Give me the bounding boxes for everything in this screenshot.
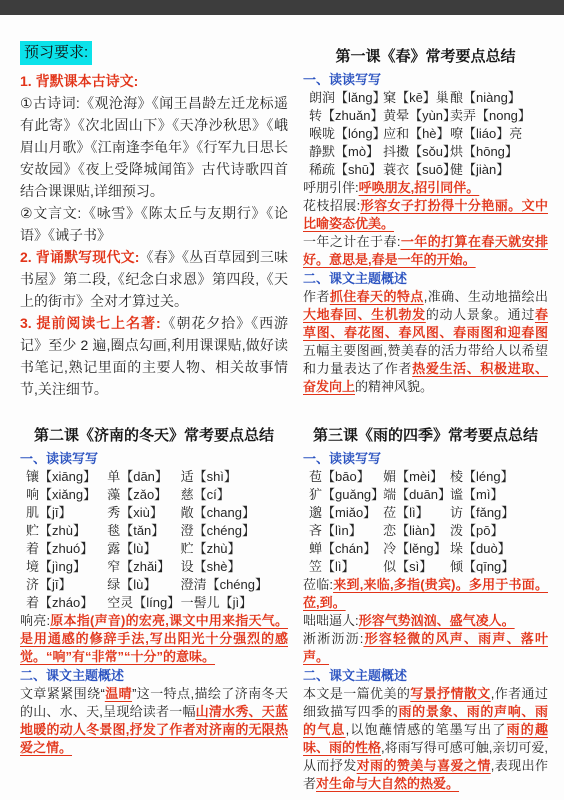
lesson1-title: 第一课《春》常考要点总结 [303,47,548,67]
summary-segment: 抓住春天的特点 [330,289,424,304]
lesson1-word-grid: 朗润【lǎng】 窠【kē】巢 酿【niàng】 转【zhuǎn】 黄晕【yùn… [303,89,548,179]
summary-segment: ,以饱蘸情感的笔墨写出了 [346,722,507,737]
word-item: 肌【jī】 [26,504,107,522]
summary-segment: 写景抒情散文 [410,686,490,701]
lesson2-section: 第二课《济南的冬天》常考要点总结 一、读读写写 镶【xiāng】 单【dān】 … [20,426,288,757]
word-item: 毯【tǎn】 [107,522,180,540]
lesson3-summary: 本文是一篇优美的写景抒情散文,作者通过细致描写四季的雨的景象、雨的声响、雨的气息… [303,685,548,793]
definition-body: 呼唤朋友,招引同伴。 [359,180,480,195]
summary-segment: ,准确、生动地描绘出 [424,289,548,304]
word-item: 蝉【chán】 [309,540,383,558]
preview-item2-lead-text: 2. 背诵默写现代文: [20,249,139,265]
word-item: 慈【cí】 [181,486,288,504]
preview-item3: 3. 提前阅读七上名著:《朝花夕拾》《西游记》至少 2 遍,圈点勾画,利用课课贴… [20,312,288,400]
word-item: 蓑衣【suō】 [383,161,450,179]
definition-term: 响亮: [20,613,50,628]
word-item: 吝【lìn】 [309,522,383,540]
word-item: 境【jìng】 [26,558,107,576]
definition-term: 一年之计在于春: [303,234,400,249]
word-item: 谧【mì】 [450,486,548,504]
word-item: 邈【miǎo】 [309,504,383,522]
summary-segment: 的精神风貌。 [355,379,433,394]
lesson1-summary: 作者抓住春天的特点,准确、生动地描绘出大地春回、生机勃发的动人景象。通过春草图、… [303,288,548,396]
word-item: 媚【mèi】 [383,468,450,486]
preview-item1-classical: ②文言文:《咏雪》《陈太丘与友期行》《论语》《诫子书》 [20,202,288,246]
definition: 淅淅沥沥:形容轻微的风声、雨声、落叶声。 [303,630,548,666]
lesson3-word-grid: 苞【bāo】 媚【mèi】 棱【léng】 犷【guǎng】 端【duān】 谧… [303,468,548,576]
word-item: 端【duān】 [383,486,450,504]
lesson1-section: 第一课《春》常考要点总结 一、读读写写 朗润【lǎng】 窠【kē】巢 酿【ni… [303,47,548,396]
word-item: 藻【zǎo】 [107,486,180,504]
summary-segment: 的动人景象。通过 [426,307,535,322]
definition-term: 莅临: [303,577,333,592]
word-item: 笠【lì】 [309,558,383,576]
definition: 响亮:原本指(声音)的宏亮,课文中用来指天气。是用通感的修辞手法,写出阳光十分强… [20,612,288,666]
word-item: 卖弄【nong】 [450,107,548,125]
word-item: 济【jī】 [26,576,107,594]
top-bar [0,0,564,15]
lesson3-section: 第三课《雨的四季》常考要点总结 一、读读写写 苞【bāo】 媚【mèi】 棱【l… [303,426,548,793]
definition-term: 花枝招展: [303,198,360,213]
word-item: 适【shì】 [181,468,288,486]
lesson2-words-heading: 一、读读写写 [20,449,288,468]
summary-segment: 对雨的赞美与喜爱之情 [357,758,491,773]
lesson1-words-heading: 一、读读写写 [303,70,548,89]
word-item: 访【fǎng】 [450,504,548,522]
preview-item2: 2. 背诵默写现代文:《春》《丛百草园到三味书屋》第二段,《纪念白求恩》第四段,… [20,246,288,312]
word-item: 垛【duò】 [450,540,548,558]
word-item: 泼【pō】 [450,522,548,540]
word-item: 犷【guǎng】 [309,486,383,504]
word-item: 秀【xiù】 [107,504,180,522]
word-item: 露【lù】 [107,540,180,558]
word-item: 健【jiàn】 [450,161,548,179]
summary-segment: 温晴 [105,686,132,701]
definition-term: 淅淅沥沥: [303,631,363,646]
lesson3-theme-heading: 二、课文主题概述 [303,666,548,685]
word-item: 莅【lì】 [383,504,450,522]
word-item: 酿【niàng】 [450,89,548,107]
lesson1-theme-heading: 二、课文主题概述 [303,269,548,288]
word-item: 应和【hè】 [383,125,450,143]
word-item: 窄【zhǎi】 [107,558,180,576]
word-item: 转【zhuǎn】 [309,107,383,125]
left-column: 预习要求: 1. 背默课本古诗文: ①古诗词:《观沧海》《闻王昌龄左迁龙标遥有此… [20,41,288,793]
definition-body: 原本指(声音)的宏亮,课文中用来指天气。是用通感的修辞手法,写出阳光十分强烈的感… [20,613,288,664]
word-item: 烘【hōng】 [450,143,548,161]
word-item: 着【zháo】 [26,594,107,612]
word-item: 着【zhuó】 [26,540,107,558]
word-item: 嘹【liáo】亮 [450,125,548,143]
word-item: 稀疏【shū】 [309,161,383,179]
lesson2-word-grid: 镶【xiāng】 单【dān】 适【shì】 响【xiǎng】 藻【zǎo】 慈… [20,468,288,612]
two-column-content: 预习要求: 1. 背默课本古诗文: ①古诗词:《观沧海》《闻王昌龄左迁龙标遥有此… [0,15,564,793]
word-item: 澄清【chéng】 [181,576,288,594]
word-item: 敞【chang】 [181,504,288,522]
definition-term: 呼朋引伴: [303,180,359,195]
summary-segment: 作者 [303,289,330,304]
word-item: 恋【liàn】 [383,522,450,540]
lesson2-title: 第二课《济南的冬天》常考要点总结 [20,426,288,446]
preview-item1-lead-text: 1. 背默课本古诗文: [20,73,138,89]
definition: 咄咄逼人:形容气势汹汹、盛气凌人。 [303,612,548,630]
word-item: 苞【bāo】 [309,468,383,486]
word-item: 朗润【lǎng】 [309,89,383,107]
word-item: 镶【xiāng】 [26,468,107,486]
definition-body: 来到,来临,多指(贵宾)。多用于书面。莅,到。 [303,577,548,610]
word-item: 一髻儿【jì】 [181,594,288,612]
word-item: 单【dān】 [107,468,180,486]
lesson3-title: 第三课《雨的四季》常考要点总结 [303,426,548,446]
word-item: 响【xiǎng】 [26,486,107,504]
definition: 一年之计在于春:一年的打算在春天就安排好。意思是,春是一年的开始。 [303,233,548,269]
summary-segment: 大地春回、生机勃发 [303,307,426,322]
word-item: 喉咙【lóng】 [309,125,383,143]
word-item: 设【shè】 [181,558,288,576]
word-item: 倾【qīng】 [450,558,548,576]
word-item: 空灵【líng】 [107,594,180,612]
word-item: 绿【lù】 [107,576,180,594]
preview-item3-lead-text: 3. 提前阅读七上名著: [20,315,161,331]
study-notes-page: 预习要求: 1. 背默课本古诗文: ①古诗词:《观沧海》《闻王昌龄左迁龙标遥有此… [0,0,564,800]
preview-item1-poems: ①古诗词:《观沧海》《闻王昌龄左迁龙标遥有此寄》《次北固山下》《天净沙秋思》《峨… [20,92,288,202]
word-item: 棱【léng】 [450,468,548,486]
summary-segment: 对生命与大自然的热爱。 [316,776,459,791]
word-item: 贮【zhù】 [181,540,288,558]
word-item: 澄【chéng】 [181,522,288,540]
lesson2-theme-heading: 二、课文主题概述 [20,666,288,685]
right-column: 第一课《春》常考要点总结 一、读读写写 朗润【lǎng】 窠【kē】巢 酿【ni… [303,41,548,793]
lesson3-words-heading: 一、读读写写 [303,449,548,468]
definition-term: 咄咄逼人: [303,613,359,628]
summary-segment: 文章紧紧围绕“ [20,686,105,701]
definition: 莅临:来到,来临,多指(贵宾)。多用于书面。莅,到。 [303,576,548,612]
summary-segment: 本文是一篇优美的 [303,686,410,701]
word-item: 黄晕【yùn】 [383,107,450,125]
word-item: 窠【kē】巢 [383,89,450,107]
definition: 花枝招展:形容女子打扮得十分艳丽。文中比喻姿态优美。 [303,197,548,233]
word-item: 静默【mò】 [309,143,383,161]
preview-requirements-section: 预习要求: 1. 背默课本古诗文: ①古诗词:《观沧海》《闻王昌龄左迁龙标遥有此… [20,41,288,400]
word-item: 似【sì】 [383,558,450,576]
preview-requirements-label: 预习要求: [20,41,92,65]
definition-body: 形容气势汹汹、盛气凌人。 [359,613,515,628]
lesson2-summary: 文章紧紧围绕“温晴”这一特点,描绘了济南冬天的山、水、天,呈现给读者一幅山清水秀… [20,685,288,757]
definition: 呼朋引伴:呼唤朋友,招引同伴。 [303,179,548,197]
word-item: 贮【zhù】 [26,522,107,540]
word-item: 抖擞【sǒu】 [383,143,450,161]
preview-item1-lead: 1. 背默课本古诗文: [20,70,288,92]
word-item: 冷【lěng】 [383,540,450,558]
